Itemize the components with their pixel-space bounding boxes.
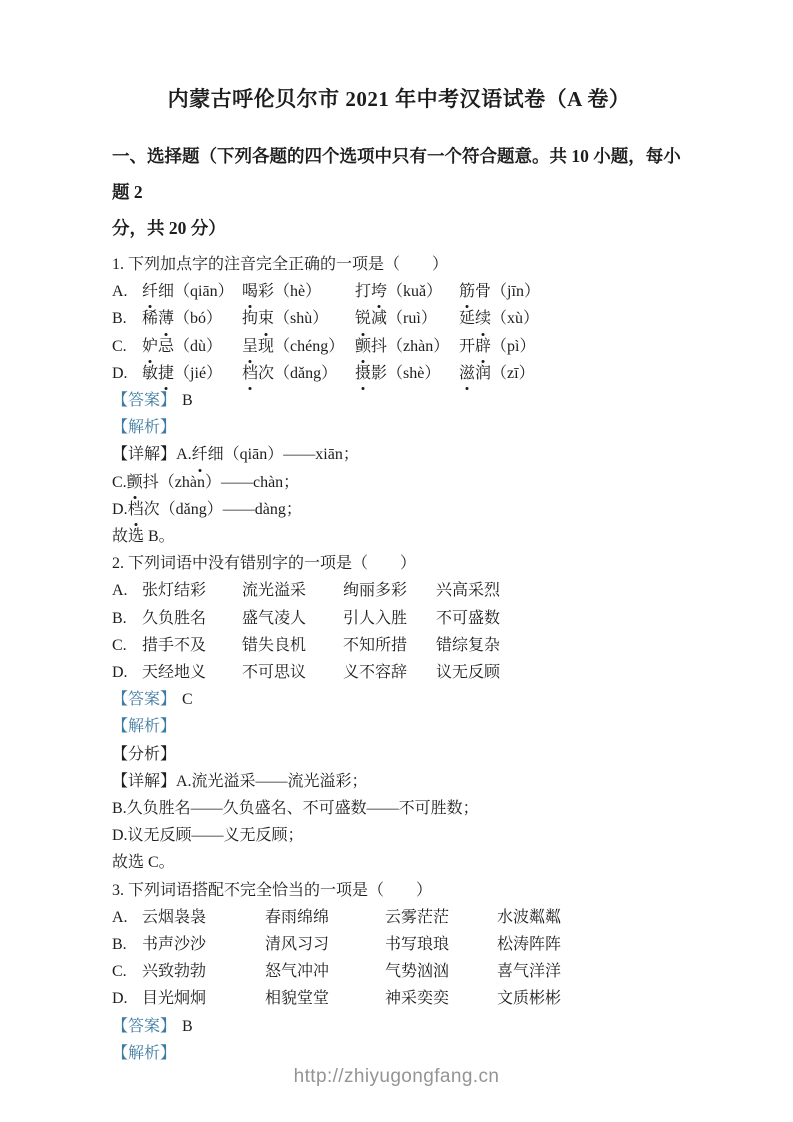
detail-line: C.颤抖（zhàn）——chàn； [112, 469, 686, 496]
option-item: 春雨绵绵 [265, 904, 385, 931]
option-item: 议无反顾 [436, 659, 500, 686]
option-item: 绚丽多彩 [343, 577, 436, 604]
option-item: 滋润（zī） [459, 360, 535, 387]
page-title: 内蒙古呼伦贝尔市 2021 年中考汉语试卷（A 卷） [112, 84, 686, 114]
option-item: 错失良机 [242, 632, 343, 659]
option-row-a: A. 纤细（qiān） 喝彩（hè） 打垮（kuǎ） 筋骨（jīn） [112, 278, 686, 305]
option-item: 义不容辞 [343, 659, 436, 686]
option-label: C. [112, 632, 142, 659]
option-row-a: A. 云烟袅袅 春雨绵绵 云雾茫茫 水波粼粼 [112, 904, 686, 931]
option-item: 相貌堂堂 [265, 985, 385, 1012]
option-row-d: D. 敏捷（jié） 档次（dǎng） 摄影（shè） 滋润（zī） [112, 360, 686, 387]
option-row-b: B. 书声沙沙 清风习习 书写琅琅 松涛阵阵 [112, 931, 686, 958]
section-heading-line2: 分，共 20 分） [112, 210, 686, 246]
option-item: 不可思议 [242, 659, 343, 686]
detail-line: 故选 C。 [112, 849, 686, 876]
question-2: 2. 下列词语中没有错别字的一项是（ ） A. 张灯结彩 流光溢采 绚丽多彩 兴… [112, 550, 686, 876]
option-item: 摄影（shè） [355, 360, 459, 387]
option-item: 神采奕奕 [385, 985, 497, 1012]
section-heading: 一、选择题（下列各题的四个选项中只有一个符合题意。共 10 小题，每小题 2 分… [112, 138, 686, 246]
option-item: 敏捷（jié） [142, 360, 242, 387]
option-item: 呈现（chéng） [242, 333, 355, 360]
option-item: 书声沙沙 [142, 931, 265, 958]
analysis-line: 【解析】 [112, 1040, 686, 1067]
option-row-b: B. 稀薄（bó） 拘束（shù） 锐减（ruì） 延续（xù） [112, 305, 686, 332]
option-label: A. [112, 577, 142, 604]
analysis-label: 【解析】 [112, 419, 176, 436]
option-item: 兴高采烈 [436, 577, 500, 604]
detail-line: 故选 B。 [112, 523, 686, 550]
option-row-c: C. 兴致勃勃 怒气冲冲 气势汹汹 喜气洋洋 [112, 958, 686, 985]
option-item: 拘束（shù） [242, 305, 355, 332]
answer-label: 【答案】 [112, 691, 176, 708]
option-item: 喝彩（hè） [242, 278, 355, 305]
detail-line: D.档次（dǎng）——dàng； [112, 496, 686, 523]
option-item: 措手不及 [142, 632, 242, 659]
footer-watermark-url: http://zhiyugongfang.cn [0, 1066, 793, 1088]
option-label: D. [112, 360, 142, 387]
answer-line: 【答案】B [112, 1013, 686, 1040]
option-item: 档次（dǎng） [242, 360, 355, 387]
detail-line: 【详解】A.纤细（qiān）——xiān； [112, 441, 686, 468]
analysis-label: 【解析】 [112, 1045, 176, 1062]
answer-value: B [182, 1018, 193, 1035]
answer-label: 【答案】 [112, 1018, 176, 1035]
question-3: 3. 下列词语搭配不完全恰当的一项是（ ） A. 云烟袅袅 春雨绵绵 云雾茫茫 … [112, 877, 686, 1067]
option-label: B. [112, 931, 142, 958]
option-item: 天经地义 [142, 659, 242, 686]
answer-label: 【答案】 [112, 392, 176, 409]
question-stem: 3. 下列词语搭配不完全恰当的一项是（ ） [112, 877, 686, 904]
option-item: 松涛阵阵 [497, 931, 561, 958]
answer-value: B [182, 392, 193, 409]
option-item: 流光溢采 [242, 577, 343, 604]
option-item: 水波粼粼 [497, 904, 561, 931]
document-content: 内蒙古呼伦贝尔市 2021 年中考汉语试卷（A 卷） 一、选择题（下列各题的四个… [112, 84, 686, 1067]
option-label: D. [112, 985, 142, 1012]
option-item: 开辟（pì） [459, 333, 536, 360]
option-label: B. [112, 305, 142, 332]
option-row-c: C. 措手不及 错失良机 不知所措 错综复杂 [112, 632, 686, 659]
option-item: 稀薄（bó） [142, 305, 242, 332]
answer-line: 【答案】C [112, 686, 686, 713]
analysis-label: 【解析】 [112, 718, 176, 735]
option-item: 盛气凌人 [242, 605, 343, 632]
option-item: 清风习习 [265, 931, 385, 958]
option-item: 妒忌（dù） [142, 333, 242, 360]
question-stem: 2. 下列词语中没有错别字的一项是（ ） [112, 550, 686, 577]
answer-value: C [182, 691, 193, 708]
option-item: 书写琅琅 [385, 931, 497, 958]
option-row-b: B. 久负胜名 盛气凌人 引人入胜 不可盛数 [112, 605, 686, 632]
option-item: 错综复杂 [436, 632, 500, 659]
option-item: 打垮（kuǎ） [355, 278, 459, 305]
option-item: 锐减（ruì） [355, 305, 459, 332]
option-item: 怒气冲冲 [265, 958, 385, 985]
exam-document-page: 内蒙古呼伦贝尔市 2021 年中考汉语试卷（A 卷） 一、选择题（下列各题的四个… [0, 0, 793, 1122]
detail-line: 【分析】 [112, 741, 686, 768]
option-item: 气势汹汹 [385, 958, 497, 985]
option-label: B. [112, 605, 142, 632]
question-1: 1. 下列加点字的注音完全正确的一项是（ ） A. 纤细（qiān） 喝彩（hè… [112, 251, 686, 550]
option-item: 引人入胜 [343, 605, 436, 632]
option-label: D. [112, 659, 142, 686]
option-item: 云烟袅袅 [142, 904, 265, 931]
option-item: 兴致勃勃 [142, 958, 265, 985]
analysis-line: 【解析】 [112, 713, 686, 740]
question-stem: 1. 下列加点字的注音完全正确的一项是（ ） [112, 251, 686, 278]
answer-line: 【答案】B [112, 387, 686, 414]
section-heading-line1: 一、选择题（下列各题的四个选项中只有一个符合题意。共 10 小题，每小题 2 [112, 138, 686, 210]
option-item: 纤细（qiān） [142, 278, 242, 305]
option-label: C. [112, 333, 142, 360]
detail-line: 【详解】A.流光溢采——流光溢彩； [112, 768, 686, 795]
detail-line: D.议无反顾——义无反顾； [112, 822, 686, 849]
option-item: 久负胜名 [142, 605, 242, 632]
option-item: 不可盛数 [436, 605, 500, 632]
option-label: C. [112, 958, 142, 985]
option-item: 喜气洋洋 [497, 958, 561, 985]
option-item: 不知所措 [343, 632, 436, 659]
detail-line: B.久负胜名——久负盛名、不可盛数——不可胜数； [112, 795, 686, 822]
option-item: 云雾茫茫 [385, 904, 497, 931]
option-row-d: D. 目光炯炯 相貌堂堂 神采奕奕 文质彬彬 [112, 985, 686, 1012]
option-item: 文质彬彬 [497, 985, 561, 1012]
option-row-c: C. 妒忌（dù） 呈现（chéng） 颤抖（zhàn） 开辟（pì） [112, 333, 686, 360]
option-item: 筋骨（jīn） [459, 278, 540, 305]
option-item: 目光炯炯 [142, 985, 265, 1012]
option-item: 延续（xù） [459, 305, 539, 332]
analysis-line: 【解析】 [112, 414, 686, 441]
option-row-d: D. 天经地义 不可思议 义不容辞 议无反顾 [112, 659, 686, 686]
option-label: A. [112, 278, 142, 305]
option-item: 张灯结彩 [142, 577, 242, 604]
option-label: A. [112, 904, 142, 931]
option-row-a: A. 张灯结彩 流光溢采 绚丽多彩 兴高采烈 [112, 577, 686, 604]
option-item: 颤抖（zhàn） [355, 333, 459, 360]
